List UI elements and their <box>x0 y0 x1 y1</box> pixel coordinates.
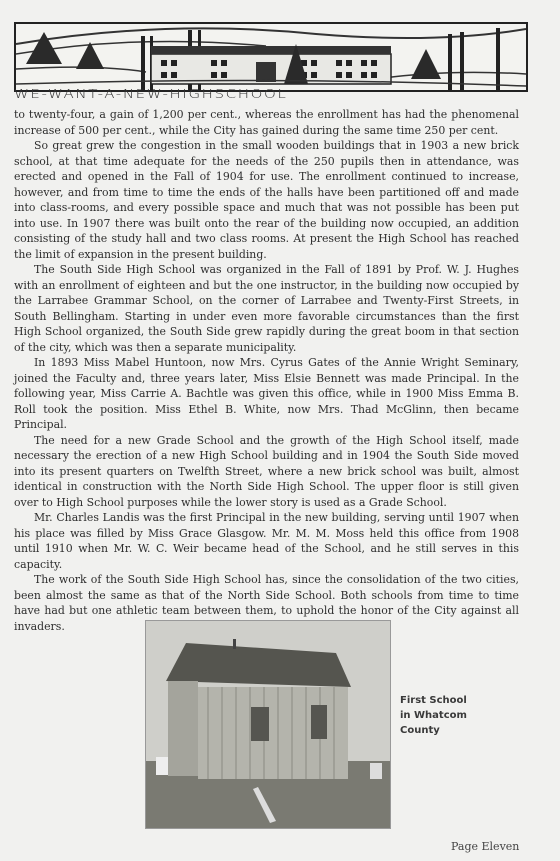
page-number: Page Eleven <box>451 840 519 853</box>
article-body: to twenty-four, a gain of 1,200 per cent… <box>14 107 519 634</box>
paragraph: Mr. Charles Landis was the first Princip… <box>14 510 519 572</box>
photo-caption: First School in Whatcom County <box>400 693 480 738</box>
paragraph: So great grew the congestion in the smal… <box>14 138 519 262</box>
school-building-illustration-icon <box>16 24 526 90</box>
paragraph: The South Side High School was organized… <box>14 262 519 355</box>
header-banner-illustration <box>14 22 528 92</box>
wooden-schoolhouse-photo-icon <box>146 621 390 828</box>
schoolhouse-photo <box>145 620 391 829</box>
paragraph: In 1893 Miss Mabel Huntoon, now Mrs. Cyr… <box>14 355 519 433</box>
banner-title: WE-WANT-A-NEW-HIGHSCHOOL <box>14 86 526 101</box>
paragraph: to twenty-four, a gain of 1,200 per cent… <box>14 107 519 138</box>
paragraph: The need for a new Grade School and the … <box>14 433 519 511</box>
